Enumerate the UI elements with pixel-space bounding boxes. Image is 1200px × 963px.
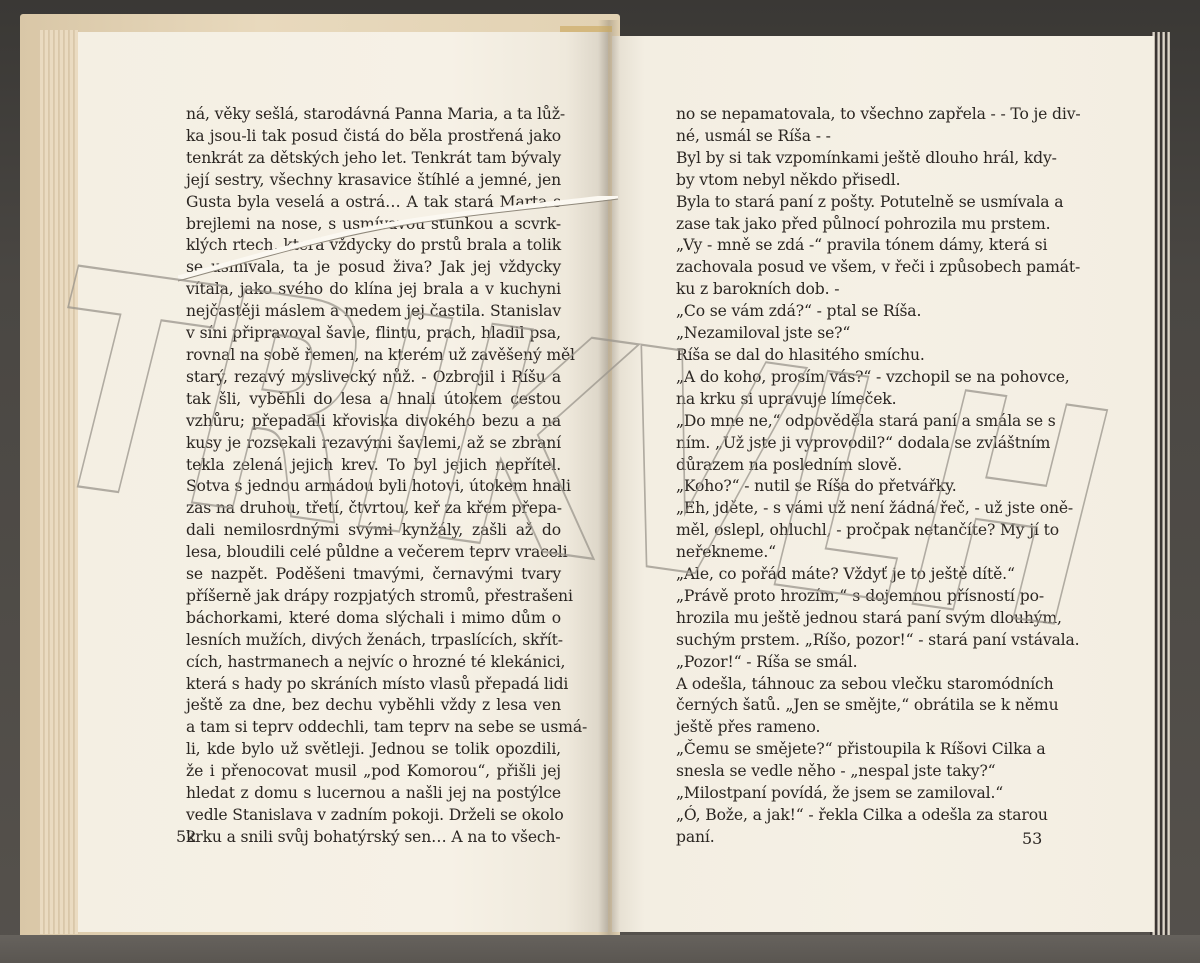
text-line: na krku si upravuje límeček. [676,389,1044,411]
text-line: zas na druhou, třetí, čtvrtou, keř za kř… [186,498,561,520]
text-line: se nazpět. Poděšeni tmavými, černavými t… [186,564,561,586]
text-line: „Právě proto hrozím,“ s dojemnou přísnos… [676,586,1044,608]
text-line: ním. „Už jste ji vyprovodil?“ dodala se … [676,433,1044,455]
text-line: cích, hastrmanech a nejvíc o hrozné té k… [186,652,561,674]
book-spine [598,20,620,938]
text-line: v síni připravoval šavle, flintu, prach,… [186,323,561,345]
scanner-background [0,935,1200,963]
text-line: její sestry, všechny krasavice štíhlé a … [186,170,561,192]
book-scan: ná, věky sešlá, starodávná Panna Maria, … [0,0,1200,963]
text-line: krku a snili svůj bohatýrský sen… A na t… [186,827,561,849]
text-line: báchorkami, které doma slýchali i mimo d… [186,608,561,630]
text-line: „Ó, Bože, a jak!“ - řekla Cilka a odešla… [676,805,1044,827]
text-line: příšerně jak drápy rozpjatých stromů, př… [186,586,561,608]
text-line: brejlemi na nose, s usmívavou šťunkou a … [186,214,561,236]
text-line: černých šatů. „Jen se smějte,“ obrátila … [676,695,1044,717]
text-line: tak šli, vyběhli do lesa a hnali útokem … [186,389,561,411]
text-line: vítala, jako svého do klína jej brala a … [186,279,561,301]
text-line: by vtom nebyl někdo přisedl. [676,170,1044,192]
text-line: „Eh, jděte, - s vámi už není žádná řeč, … [676,498,1044,520]
text-line: dali nemilosrdnými svými kynžály, zašli … [186,520,561,542]
right-page-text: no se nepamatovala, to všechno zapřela -… [676,104,1044,849]
text-line: „A do koho, prosím vás?“ - vzchopil se n… [676,367,1044,389]
text-line: no se nepamatovala, to všechno zapřela -… [676,104,1044,126]
text-line: hrozila mu ještě jednou stará paní svým … [676,608,1044,630]
text-line: ka jsou-li tak posud čistá do běla prost… [186,126,561,148]
text-line: li, kde bylo už světleji. Jednou se toli… [186,739,561,761]
text-line: „Co se vám zdá?“ - ptal se Ríša. [676,301,1044,323]
text-line: né, usmál se Ríša - - [676,126,1044,148]
text-line: lesních mužích, divých ženách, trpaslící… [186,630,561,652]
text-line: měl, oslepl, ohluchl, - pročpak netančít… [676,520,1044,542]
text-line: rovnal na sobě řemen, na kterém už zavěš… [186,345,561,367]
text-line: ještě přes rameno. [676,717,1044,739]
text-line: „Vy - mně se zdá -“ pravila tónem dámy, … [676,235,1044,257]
text-line: ještě za dne, bez dechu vyběhli vždy z l… [186,695,561,717]
text-line: zase tak jako před půlnocí pohrozila mu … [676,214,1044,236]
text-line: A odešla, táhnouc za sebou vlečku starom… [676,674,1044,696]
text-line: důrazem na posledním slově. [676,455,1044,477]
text-line: starý, rezavý myslivecký nůž. - Ozbrojil… [186,367,561,389]
text-line: Sotva s jednou armádou byli hotovi, útok… [186,476,561,498]
text-line: zachovala posud ve všem, v řeči i způsob… [676,257,1044,279]
page-number-right: 53 [1022,829,1042,848]
text-line: Byla to stará paní z pošty. Potutelně se… [676,192,1044,214]
text-line: „Nezamiloval jste se?“ [676,323,1044,345]
text-line: „Ale, co pořád máte? Vždyť je to ještě d… [676,564,1044,586]
text-line: vedle Stanislava v zadním pokoji. Drželi… [186,805,561,827]
text-line: nejčastěji máslem a medem jej častila. S… [186,301,561,323]
text-line: neřekneme.“ [676,542,1044,564]
text-line: klých rtech, která vždycky do prstů bral… [186,235,561,257]
text-line: Byl by si tak vzpomínkami ještě dlouho h… [676,148,1044,170]
text-line: „Do mne ne,“ odpověděla stará paní a smá… [676,411,1044,433]
text-line: „Koho?“ - nutil se Ríša do přetvářky. [676,476,1044,498]
text-line: Ríša se dal do hlasitého smíchu. [676,345,1044,367]
text-line: paní. [676,827,1044,849]
page-edges-left [40,30,80,934]
text-line: tekla zelená jejich krev. To byl jejich … [186,455,561,477]
text-line: ná, věky sešlá, starodávná Panna Maria, … [186,104,561,126]
text-line: že i přenocovat musil „pod Komorou“, při… [186,761,561,783]
text-line: vzhůru; přepadali křoviska divokého bezu… [186,411,561,433]
left-page-text: ná, věky sešlá, starodávná Panna Maria, … [186,104,561,849]
text-line: tenkrát za dětských jeho let. Tenkrát ta… [186,148,561,170]
text-line: se usmívala, ta je posud živa? Jak jej v… [186,257,561,279]
text-line: kusy je rozsekali rezavými šavlemi, až s… [186,433,561,455]
text-line: ku z barokních dob. - [676,279,1044,301]
text-line: suchým prstem. „Ríšo, pozor!“ - stará pa… [676,630,1044,652]
text-line: „Milostpaní povídá, že jsem se zamiloval… [676,783,1044,805]
text-line: Gusta byla veselá a ostrá… A tak stará M… [186,192,561,214]
text-line: hledat z domu s lucernou a našli jej na … [186,783,561,805]
text-line: a tam si teprv oddechli, tam teprv na se… [186,717,561,739]
text-line: snesla se vedle něho - „nespal jste taky… [676,761,1044,783]
text-line: „Pozor!“ - Ríša se smál. [676,652,1044,674]
text-line: která s hady po skráních místo vlasů pře… [186,674,561,696]
text-line: lesa, bloudili celé půldne a večerem tep… [186,542,561,564]
page-number-left: 52 [176,827,196,846]
text-line: „Čemu se smějete?“ přistoupila k Ríšovi … [676,739,1044,761]
gilt-edge [560,26,612,32]
